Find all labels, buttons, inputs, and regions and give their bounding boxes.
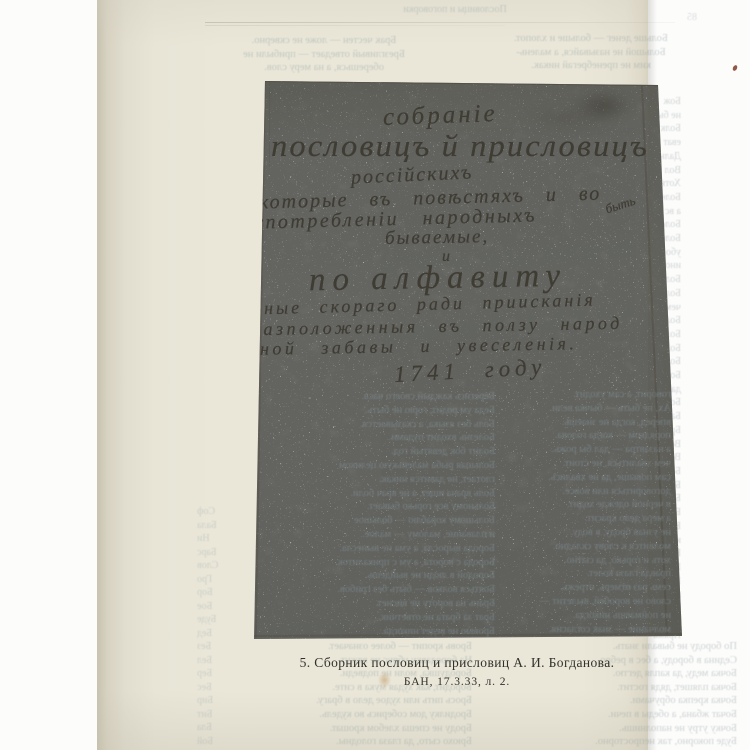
showthrough-line: Брось пить или худое дело в брагу. — [200, 694, 472, 708]
showthrough-line: ким не пренебрегай никак. — [483, 59, 699, 73]
showthrough-line: Больше денег — больше и хлопот. — [483, 32, 699, 46]
showthrough-facsimile-left-column: Берегись каждый своего часа.Беда ум роди… — [257, 390, 495, 638]
showthrough-facsimile-right-column: говорит, а сам уходит.Ах, не быть — бычк… — [499, 388, 671, 636]
showthrough-line: глотает, не давится никак. — [257, 473, 495, 487]
showthrough-line: Боль врача ищет, а не врач боли. — [257, 487, 495, 501]
showthrough-line: говорит, а сам уходит. — [499, 388, 671, 402]
showthrough-line: Бое — [197, 600, 251, 614]
showthrough-line: договориться или вовсе. — [499, 485, 671, 499]
showthrough-top-left-column: Брак честен — ложе не скверно.Брезгливый… — [205, 34, 443, 75]
showthrough-line: Бровь кропит — более означает. — [200, 640, 472, 654]
showthrough-line: Бородой в люди не выйдешь. — [257, 569, 495, 583]
showthrough-line: Буде — [197, 613, 251, 627]
showthrough-line: а назавтра — дал бы рожь. — [499, 443, 671, 457]
showthrough-line: Бочка крепка обручами. — [479, 694, 737, 708]
manuscript-photo: Берегись каждый своего часа.Беда ум роди… — [249, 78, 685, 640]
showthrough-line: Брань на вороту не виснет. — [257, 597, 495, 611]
showthrough-line: Болит бок девятый год. — [257, 445, 495, 459]
showthrough-line: Брезгливый отведает — прибыли не — [205, 48, 443, 62]
showthrough-line: правда глаза колет. — [499, 567, 671, 581]
showthrough-line: По бороду не бывали знать. — [479, 640, 737, 654]
showthrough-line: молвится к слову складно. — [499, 540, 671, 554]
showthrough-line: вперед, когда не знаешь. — [499, 416, 671, 430]
showthrough-line: чем хвалиться, не стоит. — [499, 457, 671, 471]
showthrough-header-rule — [205, 22, 675, 23]
showthrough-line: в черной одежде ходит. — [499, 498, 671, 512]
showthrough-line: Бродилку дом соберись во кудель. — [200, 708, 472, 722]
showthrough-line: Брак честен — ложе не скверно. — [205, 34, 443, 48]
handwriting-line-byvaemye: бываемые, — [385, 226, 490, 250]
showthrough-line: Большому кораблю — большое — [257, 514, 495, 528]
showthrough-line: Борода выросла, а ума не вынесла. — [257, 542, 495, 556]
showthrough-top-right-column: Больше денег — больше и хлопот.Большой н… — [483, 32, 699, 73]
showthrough-line: сам повыше, да не хвались. — [499, 471, 671, 485]
showthrough-line: Пословицы и поговорки — [349, 4, 561, 15]
showthrough-page-number: 85 — [675, 12, 697, 23]
showthrough-line: Бровью не ведет никогда. — [257, 625, 495, 639]
showthrough-line: Большой не называйся, а малень- — [483, 46, 699, 60]
showthrough-line: Борода с ворота, а ум с прикалиток. — [257, 556, 495, 570]
showthrough-line: Болезнь входит пудами. — [257, 431, 495, 445]
showthrough-line: Бочат жбана, а обеды в печи. — [479, 708, 737, 722]
handwriting-line-poslovits: пословицъ й присловицъ — [271, 128, 649, 164]
showthrough-line: Боль без языка, а сказывается. — [257, 418, 495, 432]
showthrough-line: Больному все горько бывает. — [257, 500, 495, 514]
showthrough-line: Барс — [197, 546, 251, 560]
showthrough-line: Соф — [197, 505, 251, 519]
showthrough-line: 85 — [675, 12, 697, 23]
showthrough-line: Берегись каждый своего часа. — [257, 390, 495, 404]
showthrough-line: Буде покорно, так непросторно. — [479, 735, 737, 749]
showthrough-running-head: Пословицы и поговорки — [349, 4, 561, 15]
showthrough-line: хоть и горько, да сытно. — [499, 554, 671, 568]
showthrough-line: и плавание, малому — малое. — [257, 528, 495, 542]
showthrough-line: Большая рыба маленькую целиком — [257, 459, 495, 473]
showthrough-line: Ах, не быть — бычка вели. — [499, 402, 671, 416]
showthrough-line: Бед — [197, 627, 251, 641]
showthrough-line: молчание — знак согласия. — [499, 623, 671, 637]
book-page: Пословицы и поговорки 85 Брак честен — л… — [97, 0, 648, 750]
showthrough-line: Бала — [197, 519, 251, 533]
showthrough-line: слово не воробей, вылетит — — [499, 595, 671, 609]
page-edge-shadow — [648, 0, 657, 750]
showthrough-line: Слов — [197, 559, 251, 573]
showthrough-line: оберешься, а на меру слов. — [205, 61, 443, 75]
red-speck — [732, 64, 738, 71]
paper-stain — [378, 672, 391, 688]
showthrough-line: Бочку утру не наполнишь. — [479, 722, 737, 736]
showthrough-line: Беда ум родит, горю не быть. — [257, 404, 495, 418]
showthrough-line: не поймаешь никогда. — [499, 609, 671, 623]
showthrough-line: Бор — [197, 586, 251, 600]
showthrough-line: Брат за брата не ответчик. — [257, 611, 495, 625]
showthrough-line: Броду не спеша хлебом крошат. — [200, 722, 472, 736]
figure-caption: 5. Сборник пословиц и присловиц А. И. Бо… — [194, 655, 720, 671]
figure-caption-reference: БАН, 17.3.33, л. 2. — [194, 676, 720, 688]
showthrough-line: порядком — когда голова. — [499, 429, 671, 443]
showthrough-line: Брюхо сыто, да глаза голодны. — [200, 735, 472, 749]
showthrough-line: семь раз отмерь, отрежь. — [499, 581, 671, 595]
showthrough-line: Бояться волков — быть без грибов. — [257, 583, 495, 597]
showthrough-right-margin: Божне бывБолкеватДалнВолХотяБолеа всБоле… — [681, 95, 743, 643]
showthrough-line: Гро — [197, 573, 251, 587]
manuscript-left-ruled-line-2 — [269, 81, 270, 166]
showthrough-header-rule-2 — [205, 25, 505, 26]
photo-dark-blotch-2 — [521, 106, 616, 130]
showthrough-line: Ни — [197, 532, 251, 546]
book-photograph: Пословицы и поговорки 85 Брак честен — л… — [0, 0, 750, 750]
showthrough-line: а мера дело красит. — [499, 512, 671, 526]
showthrough-line: не узнав броду, в воду. — [499, 526, 671, 540]
